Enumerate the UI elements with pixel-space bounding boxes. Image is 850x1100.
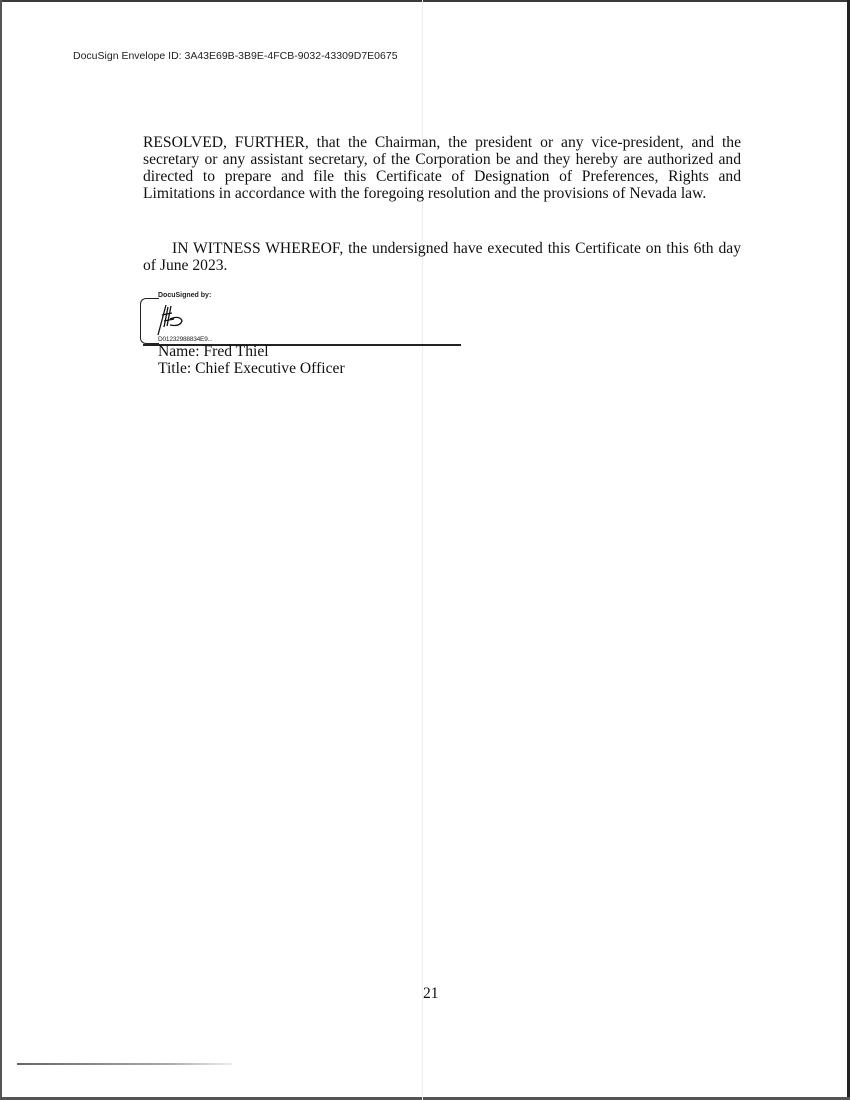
docusign-envelope-id: DocuSign Envelope ID: 3A43E69B-3B9E-4FCB…	[73, 50, 398, 62]
signer-title: Title: Chief Executive Officer	[158, 360, 345, 377]
scan-artifact-rule	[17, 1063, 232, 1065]
scan-border-left	[0, 0, 2, 1100]
signer-name: Name: Fred Thiel	[158, 343, 269, 360]
page-number: 21	[423, 985, 439, 1003]
docusign-signature-block: DocuSigned by: D01232988834E9...	[140, 291, 460, 347]
handwritten-signature-icon	[150, 301, 190, 337]
docusigned-by-label: DocuSigned by:	[158, 292, 211, 299]
scan-border-top	[0, 0, 850, 2]
witness-paragraph: IN WITNESS WHEREOF, the undersigned have…	[143, 240, 741, 274]
docusign-signer-code: D01232988834E9...	[158, 336, 212, 343]
resolution-paragraph: RESOLVED, FURTHER, that the Chairman, th…	[143, 134, 741, 202]
